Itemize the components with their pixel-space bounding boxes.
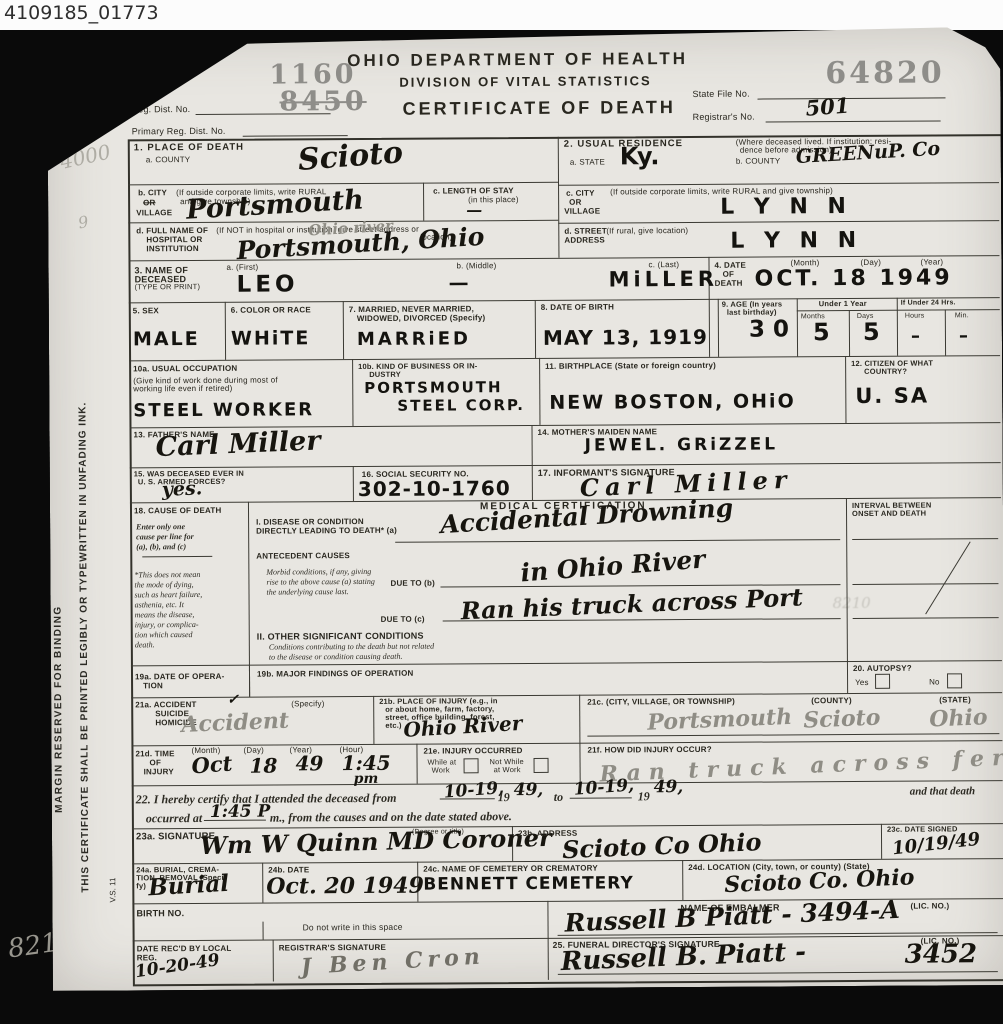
- s20-no-label: No: [929, 677, 940, 686]
- med-ii-note2: to the disease or condition causing deat…: [269, 652, 403, 662]
- header-department: OHIO DEPARTMENT OF HEALTH: [347, 49, 688, 71]
- s10b-value1: PORTSMOUTH: [364, 378, 502, 397]
- s18-note2a: *This does not mean: [134, 570, 200, 580]
- s12-label2: COUNTRY?: [864, 368, 907, 377]
- s21d-value-pm: pm: [354, 771, 379, 787]
- s24a-label3: fy): [136, 882, 146, 891]
- s12-value: U. SA: [855, 384, 929, 408]
- s1-title: 1. PLACE OF DEATH: [134, 143, 244, 155]
- s2a-label: a. STATE: [570, 158, 605, 167]
- s3-first-label: a. (First): [226, 263, 258, 272]
- s18-note2h: death.: [135, 640, 155, 650]
- s2d-note: (If rural, give location): [606, 226, 688, 236]
- s11-value: NEW BOSTON, OHiO: [549, 390, 795, 414]
- scan-top-strip: 4109185_01773: [0, 0, 1003, 30]
- s19b-label: 19b. MAJOR FINDINGS OF OPERATION: [257, 669, 414, 679]
- pencil-note-9: 9: [77, 212, 90, 233]
- s2d-label1: d. STREET: [564, 227, 607, 236]
- embalmer-lic-label: (LIC. NO.): [910, 901, 949, 910]
- pencil-note-781: 781: [58, 66, 106, 104]
- margin-binding-text: MARGIN RESERVED FOR BINDING: [50, 253, 64, 813]
- rule: [263, 922, 264, 940]
- s2d-label2: ADDRESS: [564, 236, 605, 245]
- s3-middle-value: —: [449, 270, 469, 294]
- med-b-label: DUE TO (b): [390, 579, 435, 588]
- s18-note1a: Enter only one: [136, 522, 185, 532]
- not-while-at-work-checkbox: [534, 758, 549, 773]
- s9-hours-value: –: [911, 326, 920, 347]
- do-not-write-label: Do not write in this space: [303, 923, 403, 933]
- s2c-label-village: VILLAGE: [564, 207, 600, 216]
- s1b-label-village: VILLAGE: [136, 208, 172, 217]
- registrar-no-label: Registrar's No.: [693, 112, 755, 123]
- state-file-label: State File No.: [692, 89, 749, 100]
- s10a-note2: working life even if retired): [133, 384, 232, 394]
- s1d-label3: INSTITUTION: [146, 244, 198, 254]
- s18-label: 18. CAUSE OF DEATH: [134, 506, 222, 516]
- margin-vs11: V.S. 11: [108, 843, 117, 903]
- med-ii-label: II. OTHER SIGNIFICANT CONDITIONS: [257, 631, 424, 642]
- s1b-label-city: b. CITY: [138, 188, 167, 197]
- s7-label2: WIDOWED, DIVORCED (Specify): [357, 313, 486, 323]
- s18-note2d: asthenia, etc. It: [135, 600, 184, 610]
- s21d-label1: 21d. TIME: [135, 749, 174, 758]
- s22-19b: 19: [638, 789, 650, 803]
- med-antecedent-label: ANTECEDENT CAUSES: [256, 551, 350, 561]
- s21a-value: Accident: [181, 708, 290, 738]
- s18-note2e: means the disease,: [135, 610, 195, 620]
- rule: [766, 120, 941, 122]
- s9-months-value: 5: [813, 318, 830, 346]
- s2c-label-or: OR: [569, 198, 581, 207]
- s22-from-year: 49,: [514, 780, 544, 800]
- autopsy-yes-checkbox: [875, 674, 890, 689]
- s2d-value: L Y N N: [730, 228, 862, 254]
- s1b-label-or: OR: [143, 198, 155, 207]
- s21c-county-label: (COUNTY): [811, 696, 852, 705]
- s3-middle-label: b. (Middle): [456, 261, 496, 270]
- s22-19a: 19: [498, 790, 510, 804]
- stamp-64820: 64820: [825, 55, 945, 91]
- reg-dist-label: Reg. Dist. No.: [132, 104, 191, 115]
- s9-min-value: –: [959, 325, 968, 346]
- pencil-note-4000: 4000: [58, 140, 113, 174]
- s2b-label: b. COUNTY: [736, 156, 781, 165]
- s21d-value-month: Oct: [191, 750, 234, 778]
- s24c-label: 24c. NAME OF CEMETERY OR CREMATORY: [423, 864, 598, 874]
- s6-value: WHiTE: [231, 327, 310, 349]
- s18-note2c: such as heart failure,: [134, 590, 202, 600]
- while-at-work-checkbox: [464, 758, 479, 773]
- s21d-value-year: 49: [295, 751, 323, 775]
- s2a-value: Ky.: [620, 142, 660, 170]
- s8-label: 8. DATE OF BIRTH: [541, 302, 614, 312]
- s21d-label3: INJURY: [144, 767, 174, 776]
- s18-note2b: the mode of dying,: [134, 580, 193, 590]
- s6-label: 6. COLOR OR RACE: [231, 305, 311, 315]
- s11-label: 11. BIRTHPLACE (State or foreign country…: [545, 361, 716, 371]
- s21b-label4: etc.): [385, 722, 401, 731]
- s20-yes-label: Yes: [855, 678, 869, 687]
- s24c-value: BENNETT CEMETERY: [423, 873, 634, 894]
- rule: [249, 665, 250, 697]
- s21a-checkmark: ✓: [227, 692, 239, 708]
- rule: [243, 135, 348, 137]
- interval-label2: ONSET AND DEATH: [852, 510, 926, 519]
- s4-label2: OF: [723, 270, 735, 279]
- s1c-value: —: [466, 200, 482, 219]
- s4-label3: DEATH: [715, 279, 743, 288]
- s22-to-year: 49,: [654, 777, 684, 797]
- s21c-label: 21c. (CITY, VILLAGE, OR TOWNSHIP): [587, 697, 735, 707]
- primary-reg-dist-label: Primary Reg. Dist. No.: [132, 126, 226, 137]
- s21e-label: 21e. INJURY OCCURRED: [423, 746, 522, 756]
- s5-label: 5. SEX: [133, 306, 159, 315]
- header-title: CERTIFICATE OF DEATH: [402, 97, 675, 119]
- s15-value: yes.: [161, 477, 202, 501]
- s18-note2f: injury, or complica-: [135, 620, 199, 630]
- s21d-label2: OF: [150, 758, 162, 767]
- s9-hours-label: Hours: [905, 313, 925, 321]
- s21c-value-state: Ohio: [929, 704, 988, 732]
- s20-label: 20. AUTOPSY?: [853, 664, 912, 674]
- s24b-value: Oct. 20 1949: [266, 873, 424, 900]
- rule: [757, 97, 945, 99]
- med-morbid2: rise to the above cause (a) stating: [266, 577, 374, 587]
- med-a-label2: DIRECTLY LEADING TO DEATH* (a): [256, 526, 397, 536]
- header-division: DIVISION OF VITAL STATISTICS: [399, 74, 651, 90]
- s4-value: OCT. 18 1949: [755, 265, 953, 291]
- s21c-state-label: (STATE): [939, 695, 971, 704]
- s1a-label: a. COUNTY: [146, 155, 191, 164]
- s19a-label1: 19a. DATE OF OPERA-: [135, 672, 225, 682]
- image-id-label: 4109185_01773: [4, 2, 159, 24]
- s21d-value-day: 18: [249, 754, 277, 778]
- s10b-value2: STEEL CORP.: [397, 396, 525, 415]
- s19a-label2: TION: [143, 681, 163, 690]
- s22-to: to: [554, 790, 563, 804]
- s21e-w2b: at Work: [494, 766, 521, 775]
- s21e-w1b: Work: [432, 766, 450, 775]
- rule: [353, 466, 354, 501]
- med-morbid1: Morbid conditions, if any, giving: [266, 567, 371, 577]
- autopsy-no-checkbox: [947, 673, 962, 688]
- med-morbid3: the underlying cause last.: [266, 587, 348, 597]
- s18-note2g: tion which caused: [135, 630, 193, 640]
- s10a-value: STEEL WORKER: [133, 399, 314, 421]
- s9-value: 3 0: [749, 316, 789, 342]
- s5-value: MALE: [133, 328, 200, 350]
- s9-under24-label: If Under 24 Hrs.: [901, 299, 956, 307]
- s16-value: 302-10-1760: [358, 476, 511, 501]
- s9-days-value: 5: [863, 318, 880, 346]
- s3-first-value: LEO: [237, 271, 299, 297]
- s21f-label: 21f. HOW DID INJURY OCCUR?: [587, 745, 711, 755]
- birth-no-label: BIRTH NO.: [136, 908, 184, 919]
- s8-value: MAY 13, 1919: [543, 325, 708, 350]
- certificate-paper: MARGIN RESERVED FOR BINDING THIS CERTIFI…: [47, 27, 1003, 991]
- med-c-label: DUE TO (c): [381, 615, 425, 624]
- s22-text2: and that death: [910, 785, 975, 799]
- s10a-label: 10a. USUAL OCCUPATION: [133, 364, 237, 374]
- s7-value: MARRiED: [357, 328, 471, 350]
- s18-note1b: cause per line for: [136, 532, 194, 542]
- s2c-value: L Y N N: [720, 194, 852, 220]
- s2c-label-city: c. CITY: [566, 189, 595, 198]
- s21c-value-county: Scioto: [803, 705, 881, 734]
- s22-text4: m., from the causes and on the date stat…: [270, 809, 512, 825]
- s18-note1c: (a), (b), and (c): [136, 542, 186, 552]
- s3-last-value: MiLLER: [609, 267, 719, 292]
- scanned-death-certificate: 4109185_01773 8210 MARGIN RESERVED FOR B…: [0, 0, 1003, 1024]
- s14-value: JEWEL. GRiZZEL: [585, 434, 779, 455]
- margin-ink-text: THIS CERTIFICATE SHALL BE PRINTED LEGIBL…: [76, 153, 92, 893]
- s4-label1: 4. DATE: [714, 261, 746, 270]
- s3-title3: (TYPE OR PRINT): [135, 283, 201, 292]
- rule: [881, 824, 882, 859]
- med-ii-note1: Conditions contributing to the death but…: [269, 642, 434, 653]
- registrar-no-value: 501: [805, 93, 851, 121]
- s9-under1-label: Under 1 Year: [819, 300, 867, 309]
- funeral-director-lic-value: 3452: [905, 939, 978, 969]
- s24a-value: Burial: [148, 870, 230, 902]
- s22-text3: occurred at: [146, 811, 202, 826]
- s21a-specify-label: (Specify): [291, 699, 324, 708]
- s9-min-label: Min.: [955, 312, 969, 320]
